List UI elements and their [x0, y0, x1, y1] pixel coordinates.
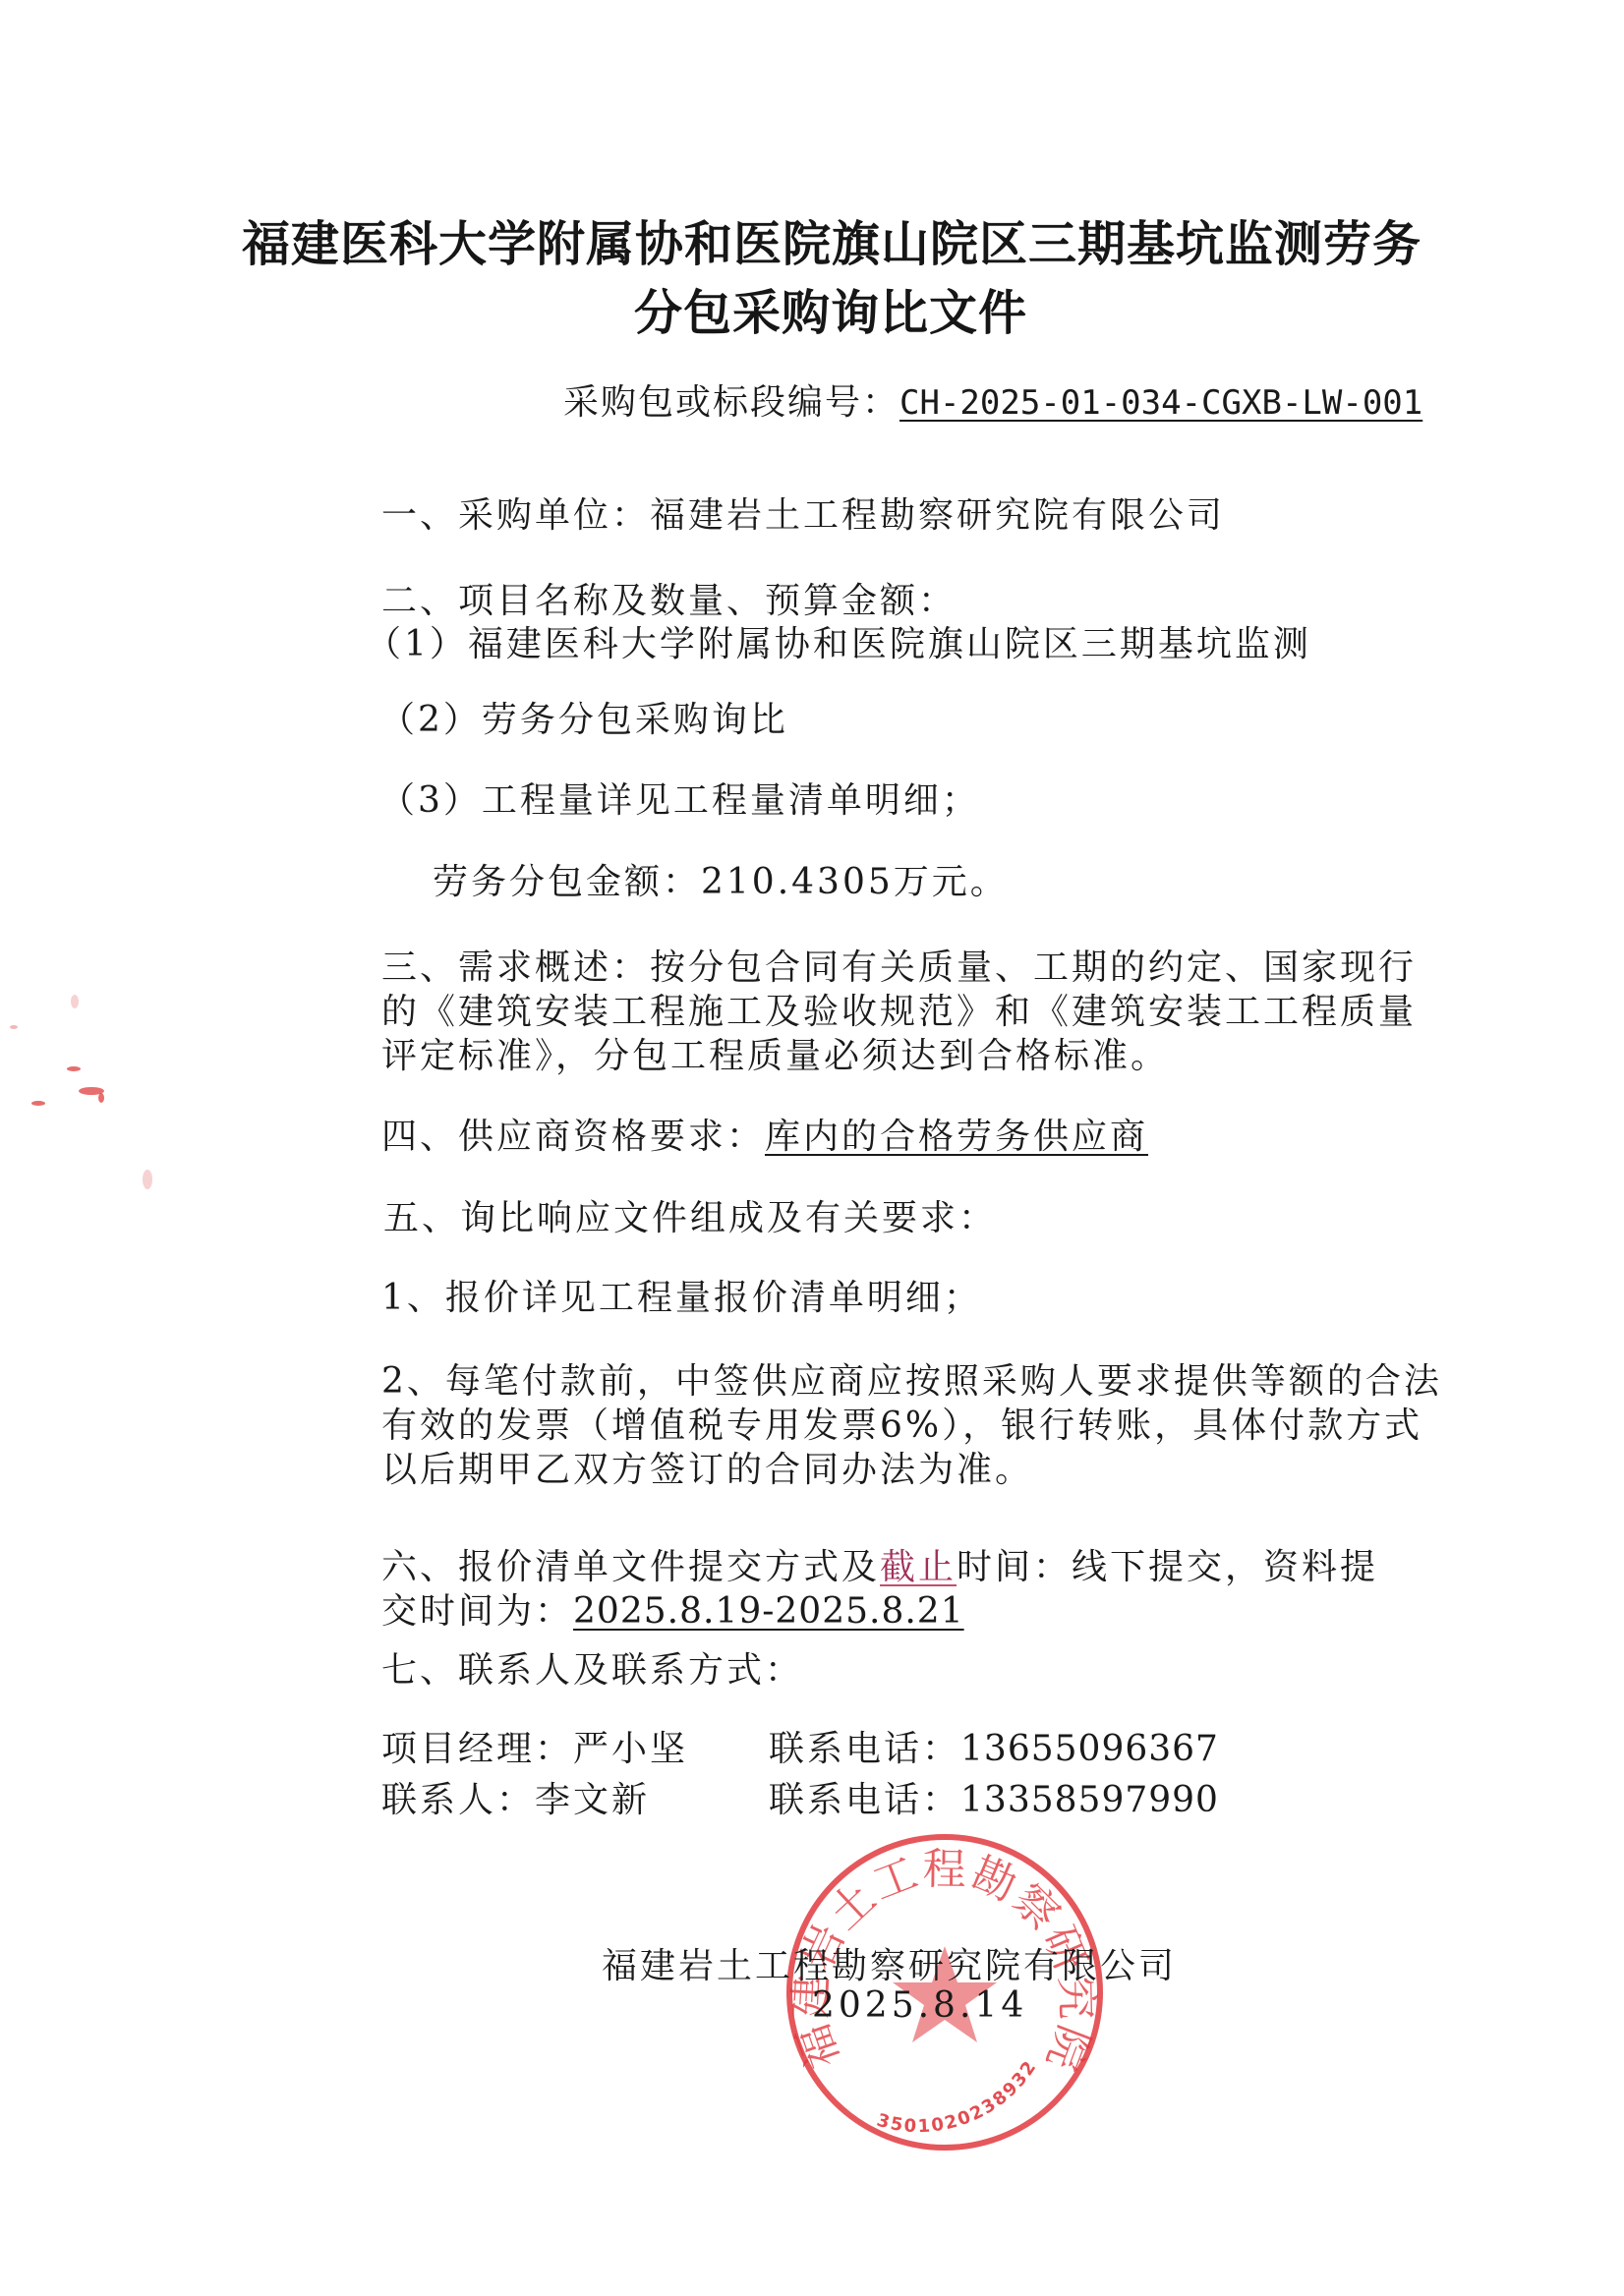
submission-prefix: 六、报价清单文件提交方式及 [381, 1547, 880, 1587]
contact-phone: 13358597990 [960, 1780, 1219, 1820]
submission-period-label: 交时间为： [381, 1591, 573, 1632]
contact-role: 项目经理： [381, 1729, 573, 1769]
section-submission: 六、报价清单文件提交方式及截止时间：线下提交，资料提 [381, 1546, 1378, 1589]
section-contacts-heading: 七、联系人及联系方式： [381, 1649, 803, 1693]
response-item-1: 1、报价详见工程量报价清单明细； [381, 1277, 982, 1320]
contact-role: 联系人： [381, 1780, 535, 1820]
purchaser-value: 福建岩土工程勘察研究院有限公司 [650, 495, 1225, 536]
contact-phone-row: 联系电话：13655096367 [769, 1728, 1219, 1771]
contact-phone-label: 联系电话： [769, 1780, 960, 1820]
project-amount: 劳务分包金额：210.4305万元。 [433, 861, 1009, 904]
purchaser-label: 一、采购单位： [381, 495, 650, 536]
section-supplier-qualification: 四、供应商资格要求：库内的合格劳务供应商 [381, 1116, 1148, 1159]
project-item-2: （2）劳务分包采购询比 [379, 699, 788, 742]
speckle [67, 1066, 81, 1071]
contact-phone-label: 联系电话： [769, 1729, 960, 1769]
contact-name: 严小坚 [573, 1729, 688, 1769]
speckle [143, 1170, 152, 1189]
section-project-heading: 二、项目名称及数量、预算金额： [381, 580, 957, 623]
submission-period-line: 交时间为：2025.8.19-2025.8.21 [381, 1590, 964, 1634]
procurement-code-label: 采购包或标段编号： [563, 382, 899, 423]
footer-company: 福建岩土工程勘察研究院有限公司 [602, 1938, 1177, 1988]
contact-row: 项目经理：严小坚 [381, 1728, 688, 1771]
speckle [31, 1101, 45, 1106]
section-response-heading: 五、询比响应文件组成及有关要求： [383, 1197, 997, 1240]
procurement-code-value: CH-2025-01-034-CGXB-LW-001 [899, 383, 1422, 423]
speckle [71, 995, 79, 1008]
document-title-line2: 分包采购询比文件 [634, 275, 1027, 344]
contact-row: 联系人：李文新 [381, 1779, 650, 1822]
section-requirements: 三、需求概述：按分包合同有关质量、工期的约定、国家现行的《建筑安装工程施工及验收… [381, 946, 1443, 1078]
footer-date: 2025.8.14 [812, 1985, 1027, 2026]
speckle [10, 1025, 18, 1029]
submission-suffix: 时间：线下提交，资料提 [957, 1547, 1378, 1587]
contact-name: 李文新 [535, 1780, 650, 1820]
submission-period: 2025.8.19-2025.8.21 [573, 1591, 964, 1632]
response-item-2: 2、每笔付款前，中签供应商应按照采购人要求提供等额的合法有效的发票（增值税专用发… [381, 1359, 1443, 1492]
document-title-line1: 福建医科大学附属协和医院旗山院区三期基坑监测劳务 [242, 206, 1421, 275]
contact-phone-row: 联系电话：13358597990 [769, 1779, 1219, 1822]
section-purchaser: 一、采购单位：福建岩土工程勘察研究院有限公司 [381, 494, 1225, 538]
project-item-3: （3）工程量详见工程量清单明细； [379, 779, 980, 823]
speckle [98, 1093, 104, 1103]
project-item-1: （1）福建医科大学附属协和医院旗山院区三期基坑监测 [366, 623, 1311, 666]
qualification-value: 库内的合格劳务供应商 [765, 1117, 1148, 1157]
svg-text:3501020238932: 3501020238932 [875, 2056, 1042, 2137]
submission-deadline-mark: 截止 [880, 1547, 957, 1587]
contact-phone: 13655096367 [960, 1729, 1219, 1769]
procurement-code: 采购包或标段编号：CH-2025-01-034-CGXB-LW-001 [563, 381, 1422, 425]
qualification-label: 四、供应商资格要求： [381, 1117, 765, 1157]
